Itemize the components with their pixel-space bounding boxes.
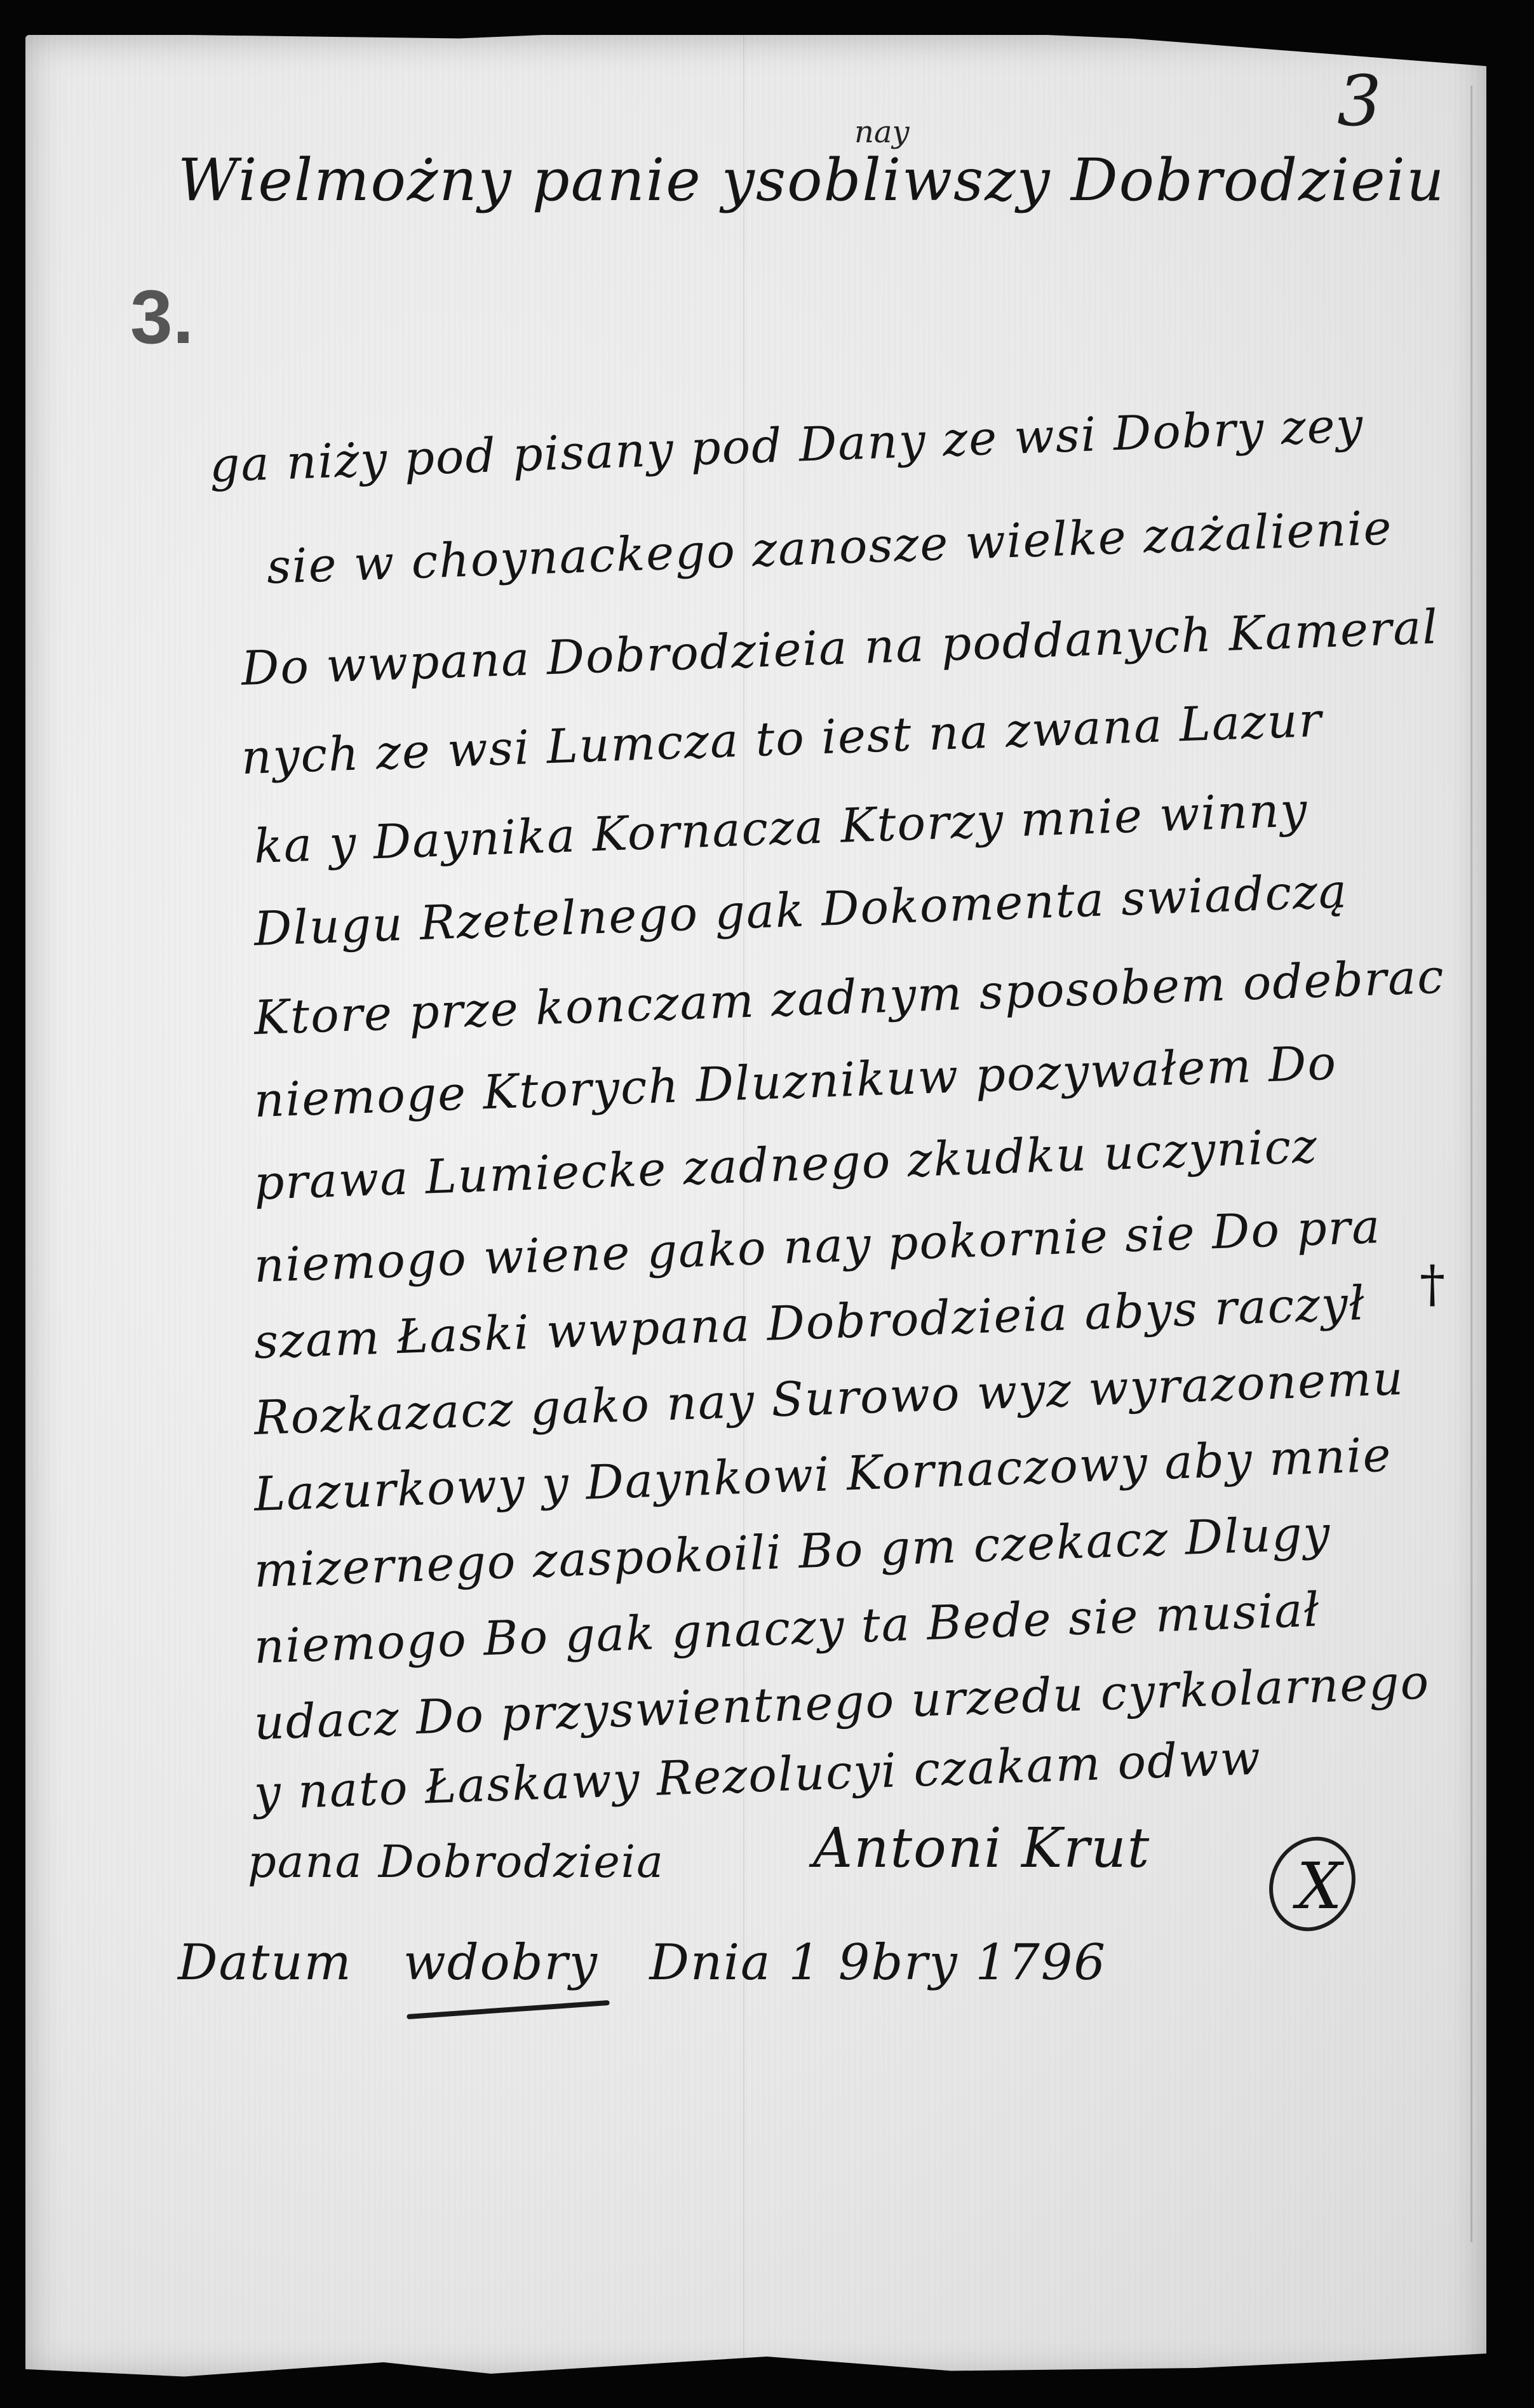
date-place: wdobry: [403, 1934, 598, 1991]
closing-line: pana Dobrodzieia: [248, 1836, 664, 1888]
signature-x-mark: X: [1297, 1849, 1342, 1923]
date-prefix: Datum: [178, 1934, 353, 1991]
salutation-superscript: nay: [854, 114, 910, 150]
salutation: Wielmożny panie ysobliwszy Dobrodzieiu: [178, 146, 1445, 214]
signature: Antoni Krut: [813, 1817, 1150, 1880]
margin-cross-mark: †: [1420, 1254, 1445, 1314]
date-value: Dnia 1 9bry 1796: [649, 1934, 1107, 1991]
archive-number: 3.: [130, 273, 194, 361]
folio-number: 3: [1337, 60, 1382, 142]
date-line: Datum wdobry Dnia 1 9bry 1796: [178, 1934, 1107, 1991]
